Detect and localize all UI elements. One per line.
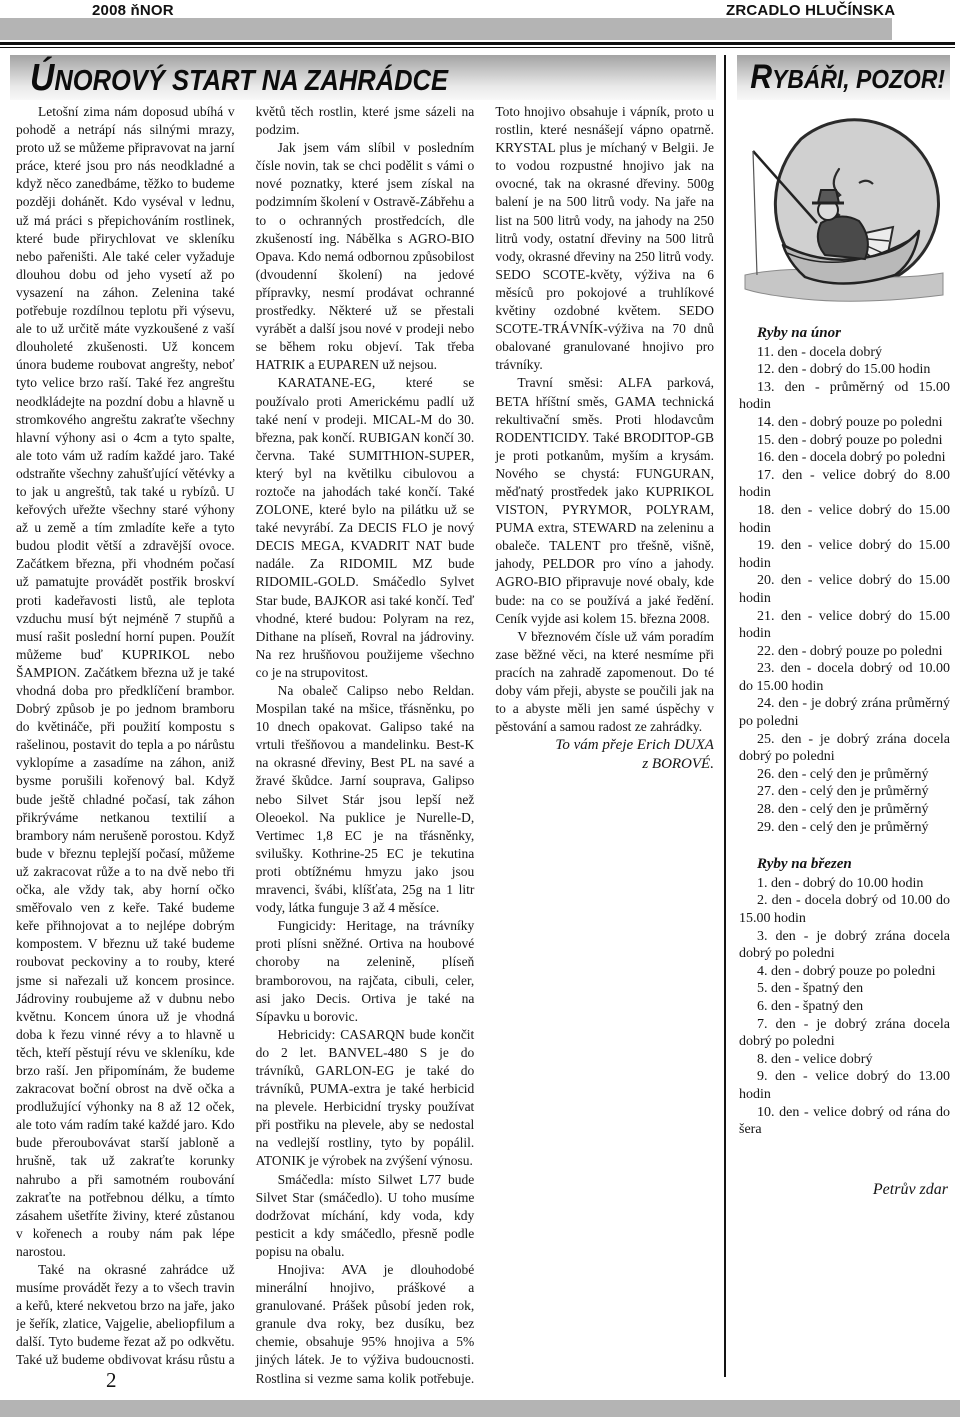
fisherman-body — [818, 216, 868, 259]
fish-calendar-item: 29. den - celý den je průměrný — [739, 819, 950, 837]
fish-calendar-item: 19. den - velice dobrý do 15.00 hodin — [739, 537, 950, 572]
page-number: 2 — [106, 1368, 117, 1392]
fish-calendar-heading: Ryby na březen — [739, 856, 950, 874]
sidebar-title-bar: Rybáři, pozor! — [737, 55, 950, 100]
fish-calendar-item: 24. den - je dobrý zrána průměrný po pol… — [739, 695, 950, 730]
fish-calendar-item: 7. den - je dobrý zrána docela dobrý po … — [739, 1016, 950, 1051]
fish-calendar-item: 22. den - dobrý pouze po poledni — [739, 643, 950, 661]
fish-calendar-item: 20. den - velice dobrý do 15.00 hodin — [739, 572, 950, 607]
article-title: Únorový start na zahrádce — [30, 55, 448, 104]
article-paragraph: Na obaleč Calipso nebo Reldan. Mospilan … — [256, 682, 475, 917]
fish-calendar-item: 15. den - dobrý pouze po poledni — [739, 432, 950, 450]
article-title-bar: Únorový start na zahrádce — [10, 55, 716, 100]
fish-calendar-item: 28. den - celý den je průměrný — [739, 801, 950, 819]
fish-calendar-march: Ryby na březen 1. den - dobrý do 10.00 h… — [739, 856, 950, 1139]
article-paragraph: KARATANE-EG, které se používalo proti Am… — [256, 374, 475, 682]
fish-calendar-item: 2. den - docela dobrý od 10.00 do 15.00 … — [739, 892, 950, 927]
fish-calendar-item: 9. den - velice dobrý do 13.00 hodin — [739, 1068, 950, 1103]
fish-calendar-february: Ryby na únor 11. den - docela dobrý12. d… — [739, 325, 950, 836]
fish-calendar-item: 6. den - špatný den — [739, 998, 950, 1016]
article-paragraph: Fungicidy: Heritage, na trávníky proti p… — [256, 917, 475, 1026]
issue-label: 2008 ňNOR — [92, 0, 174, 22]
article-paragraph: V březnovém čísle už vám poradím zase bě… — [495, 628, 714, 737]
fish-calendar-item: 25. den - je dobrý zrána docela dobrý po… — [739, 731, 950, 766]
fish-calendar-item: 18. den - velice dobrý do 15.00 hodin — [739, 502, 950, 537]
article-paragraph: Hebricidy: CASARQN bude končit do 2 let.… — [256, 1026, 475, 1171]
fish-calendar-item: 27. den - celý den je průměrný — [739, 783, 950, 801]
article-paragraph: Smáčedla: místo Silwet L77 bude Silvet S… — [256, 1171, 475, 1261]
fish-calendar-item: 13. den - průměrný od 15.00 hodin — [739, 379, 950, 414]
fishing-line — [753, 151, 757, 275]
fish-calendar-item: 10. den - velice dobrý od rána do šera — [739, 1104, 950, 1139]
article-signature-line-1: To vám přeje Erich DUXA — [495, 736, 714, 755]
header-double-rule — [0, 42, 955, 48]
fish-calendar-heading: Ryby na únor — [739, 325, 950, 343]
fish-calendar-item: 4. den - dobrý pouze po poledni — [739, 963, 950, 981]
article-body: Letošní zima nám doposud ubíhá v pohodě … — [16, 103, 714, 1395]
fish-calendar-item: 11. den - docela dobrý — [739, 344, 950, 362]
sidebar-signoff: Petrův zdar — [739, 1181, 950, 1199]
article-signature-line-2: z BOROVÉ. — [495, 755, 714, 774]
article-paragraph: Travní směsi: ALFA parková, BETA hříštní… — [495, 374, 714, 627]
column-separator — [724, 55, 726, 1377]
fish-calendar-items: 11. den - docela dobrý12. den - dobrý do… — [739, 344, 950, 837]
fish-calendar-item: 21. den - velice dobrý do 15.00 hodin — [739, 608, 950, 643]
article-paragraph: Jak jsem vám slíbil v posledním čísle no… — [256, 139, 475, 374]
fish-calendar-item: 1. den - dobrý do 10.00 hodin — [739, 875, 950, 893]
sidebar-title: Rybáři, pozor! — [750, 55, 945, 102]
fish-calendar-item: 17. den - velice dobrý do 8.00 hodin — [739, 467, 950, 502]
fish-calendar-item: 23. den - docela dobrý od 10.00 do 15.00… — [739, 660, 950, 695]
fish-calendar-item: 12. den - dobrý do 15.00 hodin — [739, 361, 950, 379]
fish-calendar-item: 14. den - dobrý pouze po poledni — [739, 414, 950, 432]
footer-bar — [0, 1400, 960, 1417]
fish-calendar-item: 16. den - docela dobrý po poledni — [739, 449, 950, 467]
fish-calendar-item: 26. den - celý den je průměrný — [739, 766, 950, 784]
fisherman-hat — [818, 190, 839, 203]
fish-calendar-item: 3. den - je dobrý zrána docela dobrý po … — [739, 928, 950, 963]
publication-label: ZRCADLO HLUČÍNSKA — [726, 0, 895, 22]
fish-calendar-item: 5. den - špatný den — [739, 980, 950, 998]
fish-calendar-items: 1. den - dobrý do 10.00 hodin2. den - do… — [739, 875, 950, 1139]
fisherman-moon-illustration — [739, 103, 950, 325]
article-paragraph: Letošní zima nám doposud ubíhá v pohodě … — [16, 103, 235, 1261]
fish-calendar-item: 8. den - velice dobrý — [739, 1051, 950, 1069]
sidebar: Ryby na únor 11. den - docela dobrý12. d… — [739, 103, 950, 1214]
